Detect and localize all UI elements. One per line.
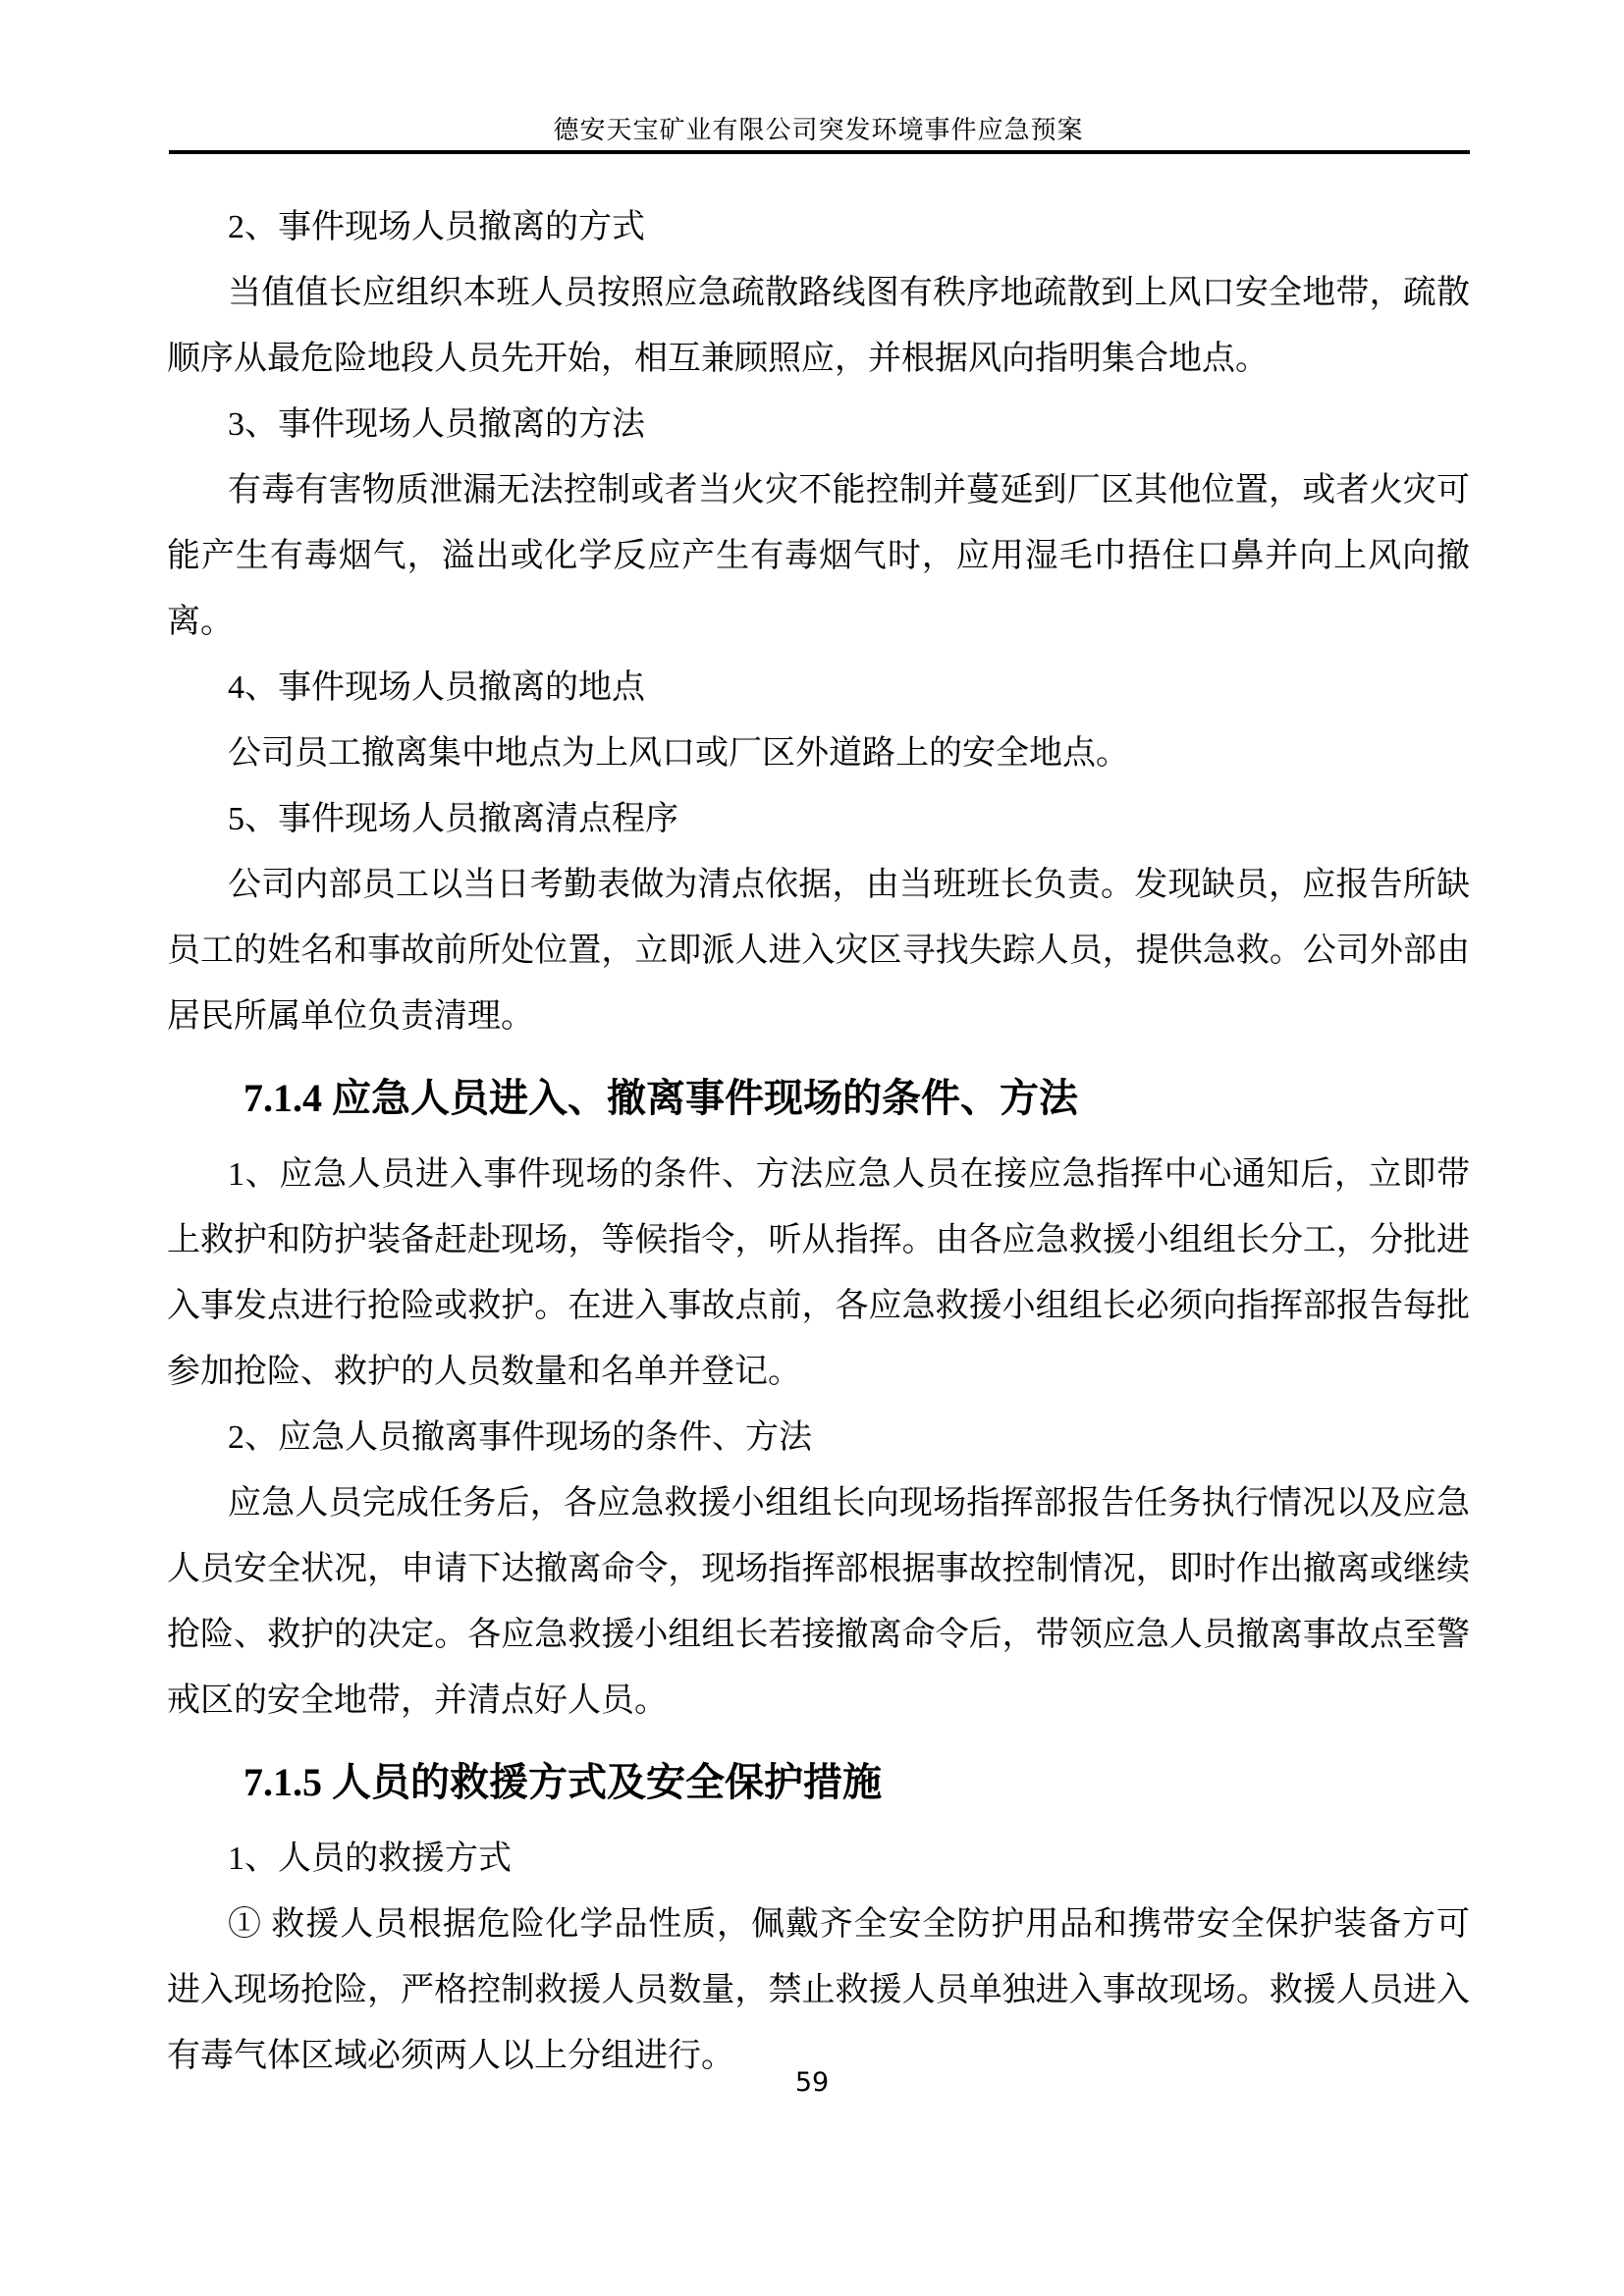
page-number: 59 [795, 2067, 829, 2098]
header-rule [169, 150, 1470, 154]
section-heading-7-1-4: 7.1.4 应急人员进入、撤离事件现场的条件、方法 [167, 1065, 1470, 1131]
paragraph-item-3-evacuation-method: 3、事件现场人员撤离的方法 [167, 392, 1470, 457]
document-body: 2、事件现场人员撤离的方式 当值值长应组织本班人员按照应急疏散路线图有秩序地疏散… [167, 194, 1470, 2089]
section-heading-7-1-5: 7.1.5 人员的救援方式及安全保护措施 [167, 1749, 1470, 1815]
paragraph-item-4-evacuation-location: 4、事件现场人员撤离的地点 [167, 655, 1470, 721]
page-footer: 59 [0, 2067, 1624, 2099]
paragraph-headcount-procedure-detail: 公司内部员工以当日考勤表做为清点依据，由当班班长负责。发现缺员，应报告所缺员工的… [167, 852, 1470, 1049]
paragraph-evacuation-mode-detail: 当值值长应组织本班人员按照应急疏散路线图有秩序地疏散到上风口安全地带，疏散顺序从… [167, 260, 1470, 392]
paragraph-item-2-evacuation-mode: 2、事件现场人员撤离的方式 [167, 194, 1470, 260]
paragraph-entry-conditions-detail: 1、应急人员进入事件现场的条件、方法应急人员在接应急指挥中心通知后，立即带上救护… [167, 1142, 1470, 1405]
paragraph-evacuation-location-detail: 公司员工撤离集中地点为上风口或厂区外道路上的安全地点。 [167, 721, 1470, 786]
paragraph-item-2-withdraw-conditions: 2、应急人员撤离事件现场的条件、方法 [167, 1405, 1470, 1470]
paragraph-withdraw-conditions-detail: 应急人员完成任务后，各应急救援小组组长向现场指挥部报告任务执行情况以及应急人员安… [167, 1470, 1470, 1734]
paragraph-item-1-rescue-mode: 1、人员的救援方式 [167, 1826, 1470, 1892]
paragraph-evacuation-method-detail: 有毒有害物质泄漏无法控制或者当火灾不能控制并蔓延到厂区其他位置，或者火灾可能产生… [167, 457, 1470, 655]
paragraph-item-5-headcount-procedure: 5、事件现场人员撤离清点程序 [167, 786, 1470, 852]
document-page: 德安天宝矿业有限公司突发环境事件应急预案 2、事件现场人员撤离的方式 当值值长应… [0, 0, 1624, 2296]
header-title: 德安天宝矿业有限公司突发环境事件应急预案 [167, 117, 1470, 144]
paragraph-rescue-mode-detail: ① 救援人员根据危险化学品性质，佩戴齐全安全防护用品和携带安全保护装备方可进入现… [167, 1892, 1470, 2089]
